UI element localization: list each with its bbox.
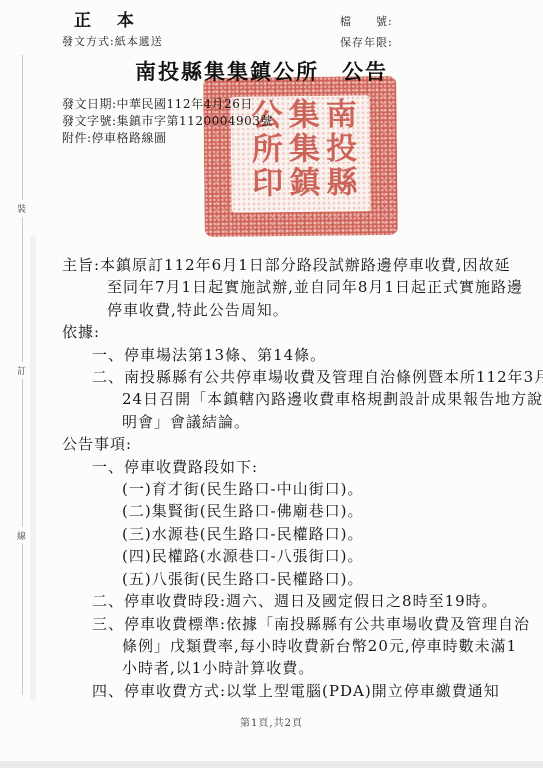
- body-line: 明會」會議結論。: [122, 411, 517, 433]
- official-red-seal: 南投縣集集鎮公所印: [203, 76, 398, 237]
- body-line: 一、停車場法第13條、第14條。: [92, 344, 517, 366]
- body-line: 二、停車收費時段:週六、週日及國定假日之8時至19時。: [92, 590, 517, 612]
- seal-face: 南投縣集集鎮公所印: [230, 95, 370, 212]
- body-line: 停車收費,特此公告周知。: [107, 299, 517, 321]
- document-body: 主旨:本鎮原訂112年6月1日部分路段試辦路邊停車收費,因故延至同年7月1日起實…: [62, 254, 517, 702]
- seal-text: 南投縣集集鎮公所印: [244, 97, 357, 210]
- binding-mark-xian: 線: [16, 527, 27, 544]
- body-line: 公告事項:: [62, 433, 517, 455]
- body-line: (四)民權路(水源巷口-八張街口)。: [122, 545, 517, 567]
- scan-shadow-artifact: [30, 235, 36, 700]
- copy-type-label: 正 本: [74, 6, 144, 31]
- binding-mark-ding: 訂: [16, 362, 27, 379]
- body-line: 四、停車收費方式:以掌上型電腦(PDA)開立停車繳費通知: [92, 680, 517, 702]
- official-announcement-document: 正 本 發文方式:紙本遞送 檔 號: 保存年限: 南投縣集集鎮公所 公告 發文日…: [0, 0, 543, 768]
- body-line: 24日召開「本鎮轄內路邊收費車格規劃設計成果報告地方說: [122, 388, 517, 410]
- retention-period-label: 保存年限:: [340, 34, 393, 50]
- binding-mark-zhuang: 裝: [16, 200, 27, 217]
- body-line: (一)育才街(民生路口-中山街口)。: [122, 478, 517, 500]
- delivery-method-label: 發文方式:紙本遞送: [62, 33, 163, 49]
- page-edge-shadow: [0, 761, 543, 768]
- body-line: 至同年7月1日起實施試辦,並自同年8月1日起正式實施路邊: [107, 276, 517, 298]
- body-line: (三)水源巷(民生路口-民權路口)。: [122, 523, 517, 545]
- body-line: (二)集賢街(民生路口-佛廟巷口)。: [122, 500, 517, 522]
- body-line: 一、停車收費路段如下:: [92, 456, 517, 478]
- body-line: 主旨:本鎮原訂112年6月1日部分路段試辦路邊停車收費,因故延: [62, 254, 517, 276]
- body-line: 條例」戊類費率,每小時收費新台幣20元,停車時數未滿1: [122, 635, 517, 657]
- body-line: 三、停車收費標準:依據「南投縣縣有公共車場收費及管理自治: [92, 613, 517, 635]
- page-number: 第1頁,共2頁: [0, 714, 543, 729]
- file-number-label: 檔 號:: [340, 13, 393, 29]
- body-line: (五)八張街(民生路口-民權路口)。: [122, 568, 517, 590]
- body-line: 依據:: [62, 321, 517, 343]
- body-line: 小時者,以1小時計算收費。: [122, 657, 517, 679]
- body-line: 二、南投縣縣有公共停車場收費及管理自治條例暨本所112年3月: [92, 366, 517, 388]
